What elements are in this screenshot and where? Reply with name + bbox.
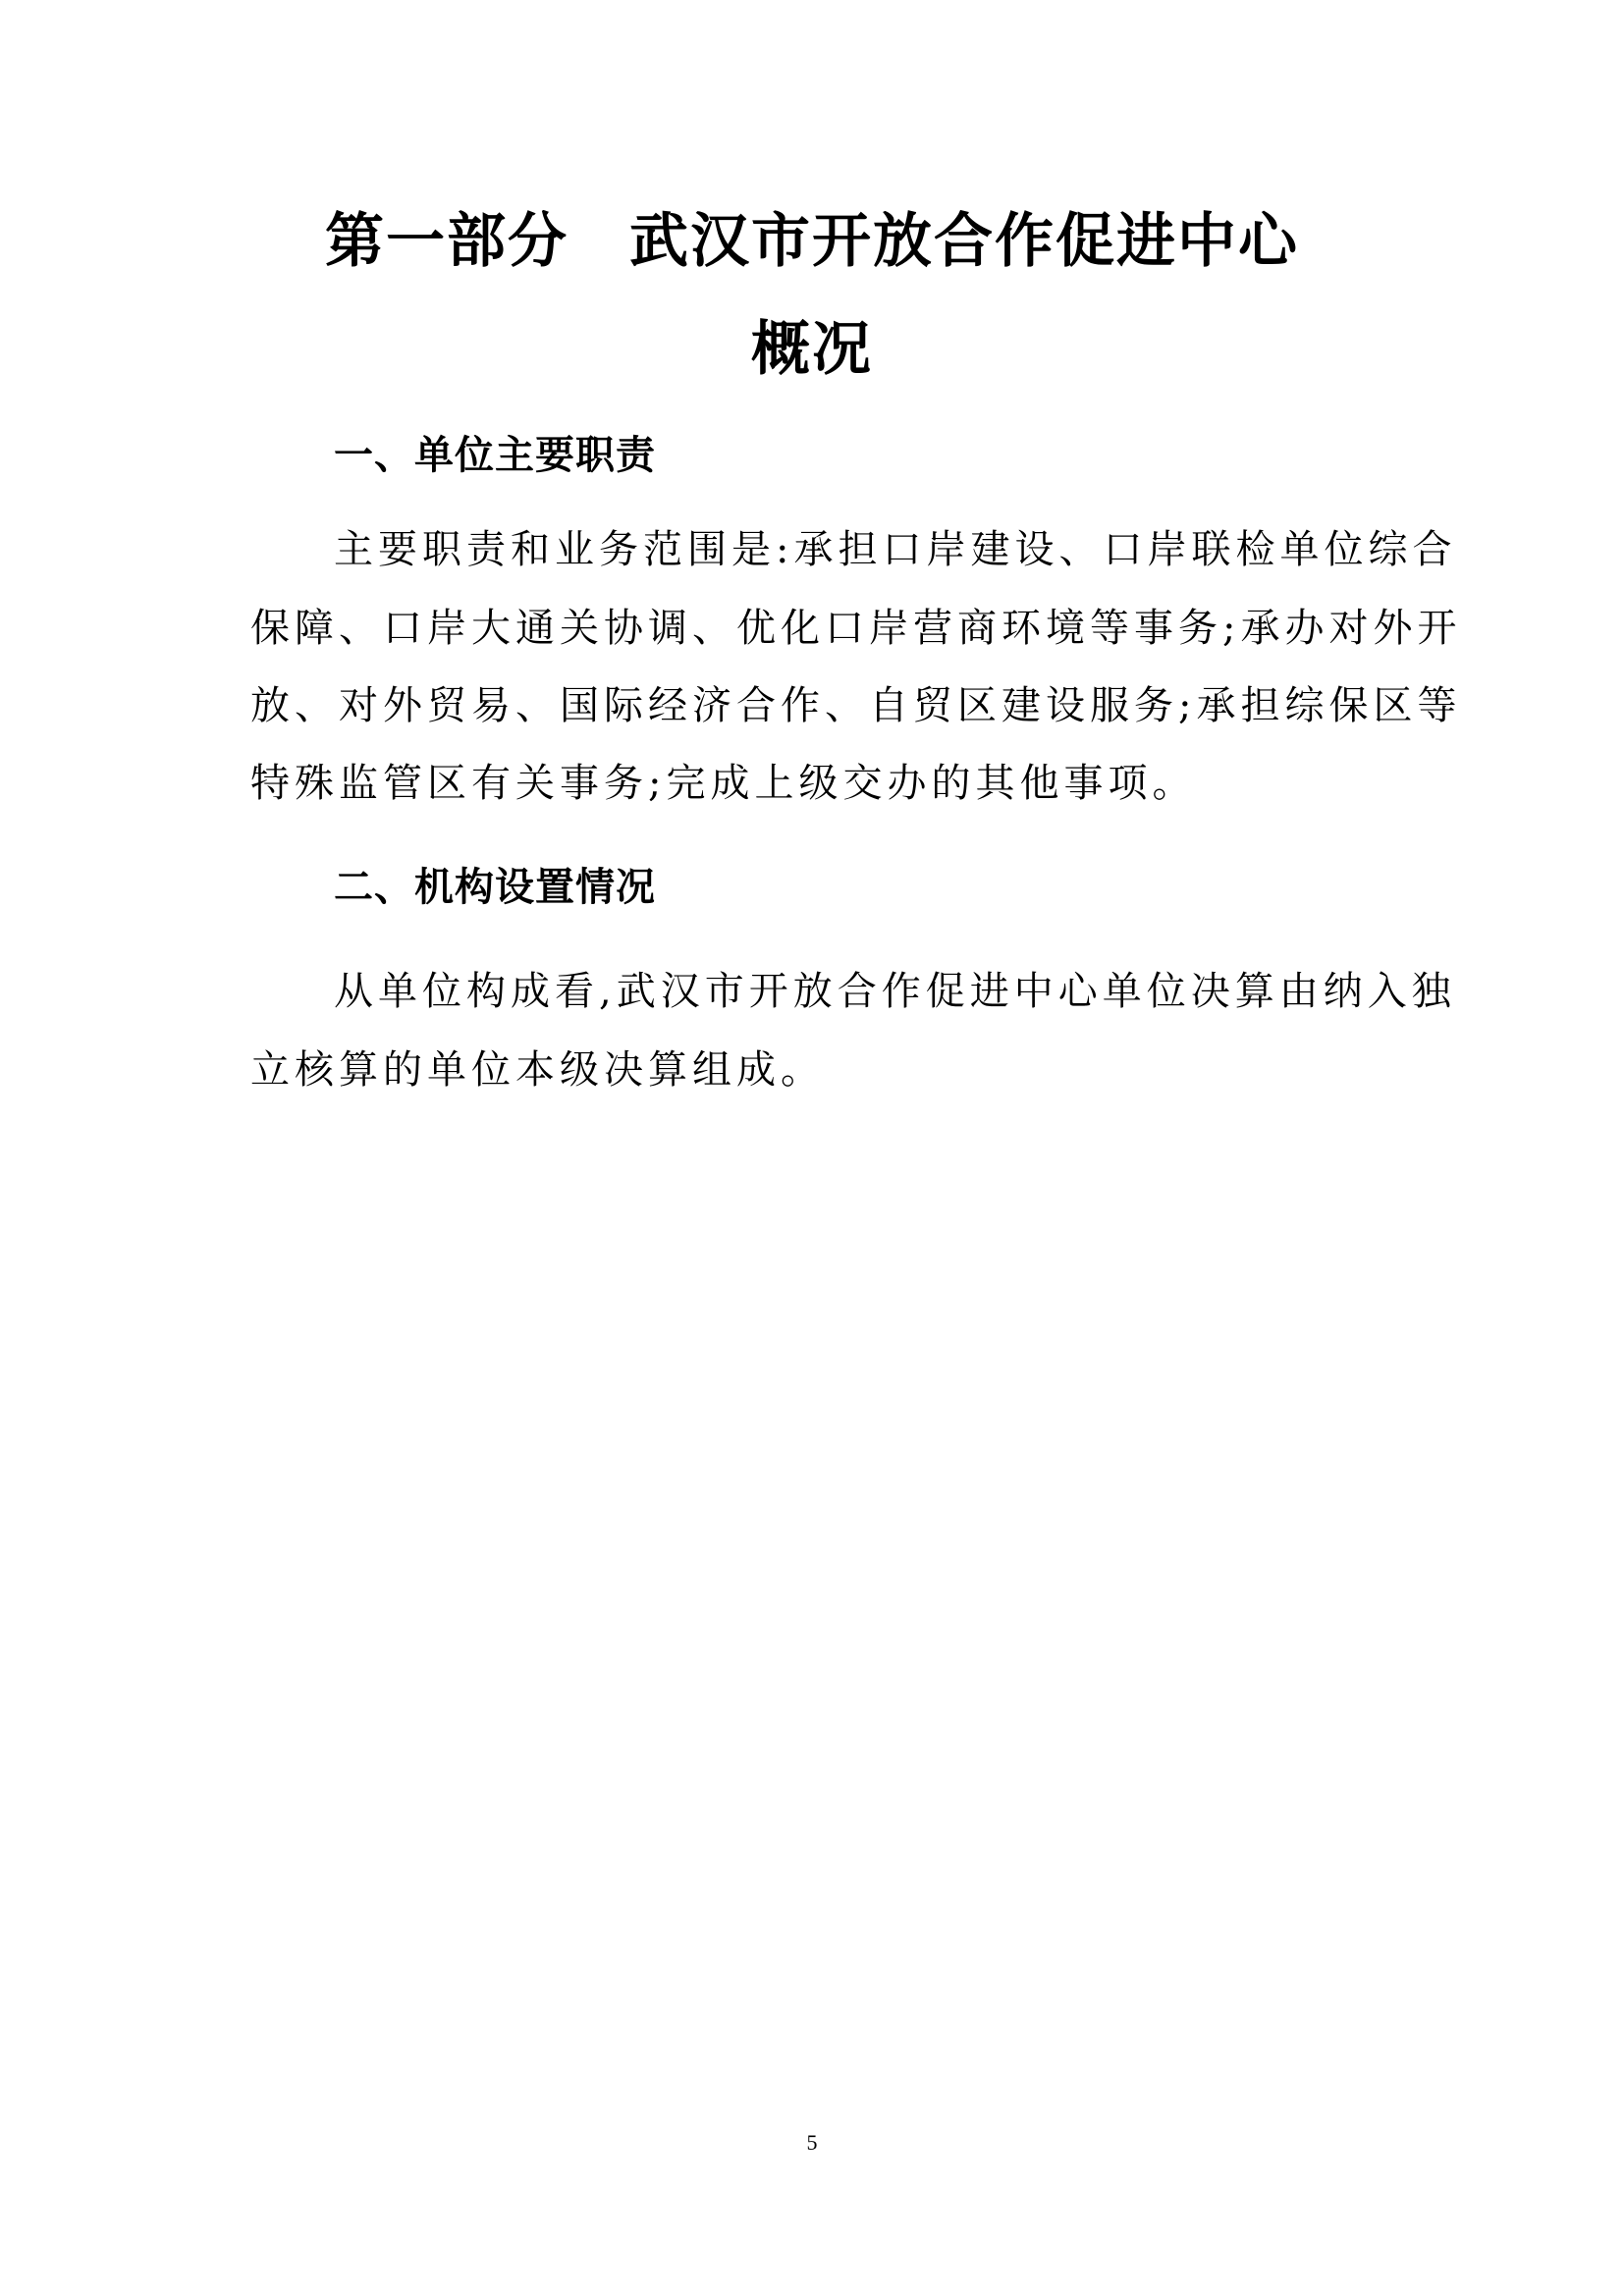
paragraph-line: 保障、口岸大通关协调、优化口岸营商环境等事务;承办对外开: [250, 601, 1461, 656]
paragraph-line: 从单位构成看,武汉市开放合作促进中心单位决算由纳入独: [334, 964, 1456, 1019]
paragraph-line: 特殊监管区有关事务;完成上级交办的其他事项。: [250, 756, 1196, 811]
document-page: 第一部分 武汉市开放合作促进中心 概况 一、单位主要职责 主要职责和业务范围是:…: [0, 0, 1624, 2296]
paragraph-line: 放、对外贸易、国际经济合作、自贸区建设服务;承担综保区等: [250, 678, 1461, 733]
section-heading-main-duties: 一、单位主要职责: [334, 428, 656, 483]
page-title-line-1: 第一部分 武汉市开放合作促进中心: [0, 202, 1624, 281]
page-number: 5: [0, 2128, 1624, 2158]
paragraph-line: 主要职责和业务范围是:承担口岸建设、口岸联检单位综合: [334, 522, 1456, 577]
paragraph-line: 立核算的单位本级决算组成。: [250, 1042, 825, 1097]
section-heading-organization: 二、机构设置情况: [334, 860, 656, 915]
page-title-line-2: 概况: [0, 310, 1624, 389]
